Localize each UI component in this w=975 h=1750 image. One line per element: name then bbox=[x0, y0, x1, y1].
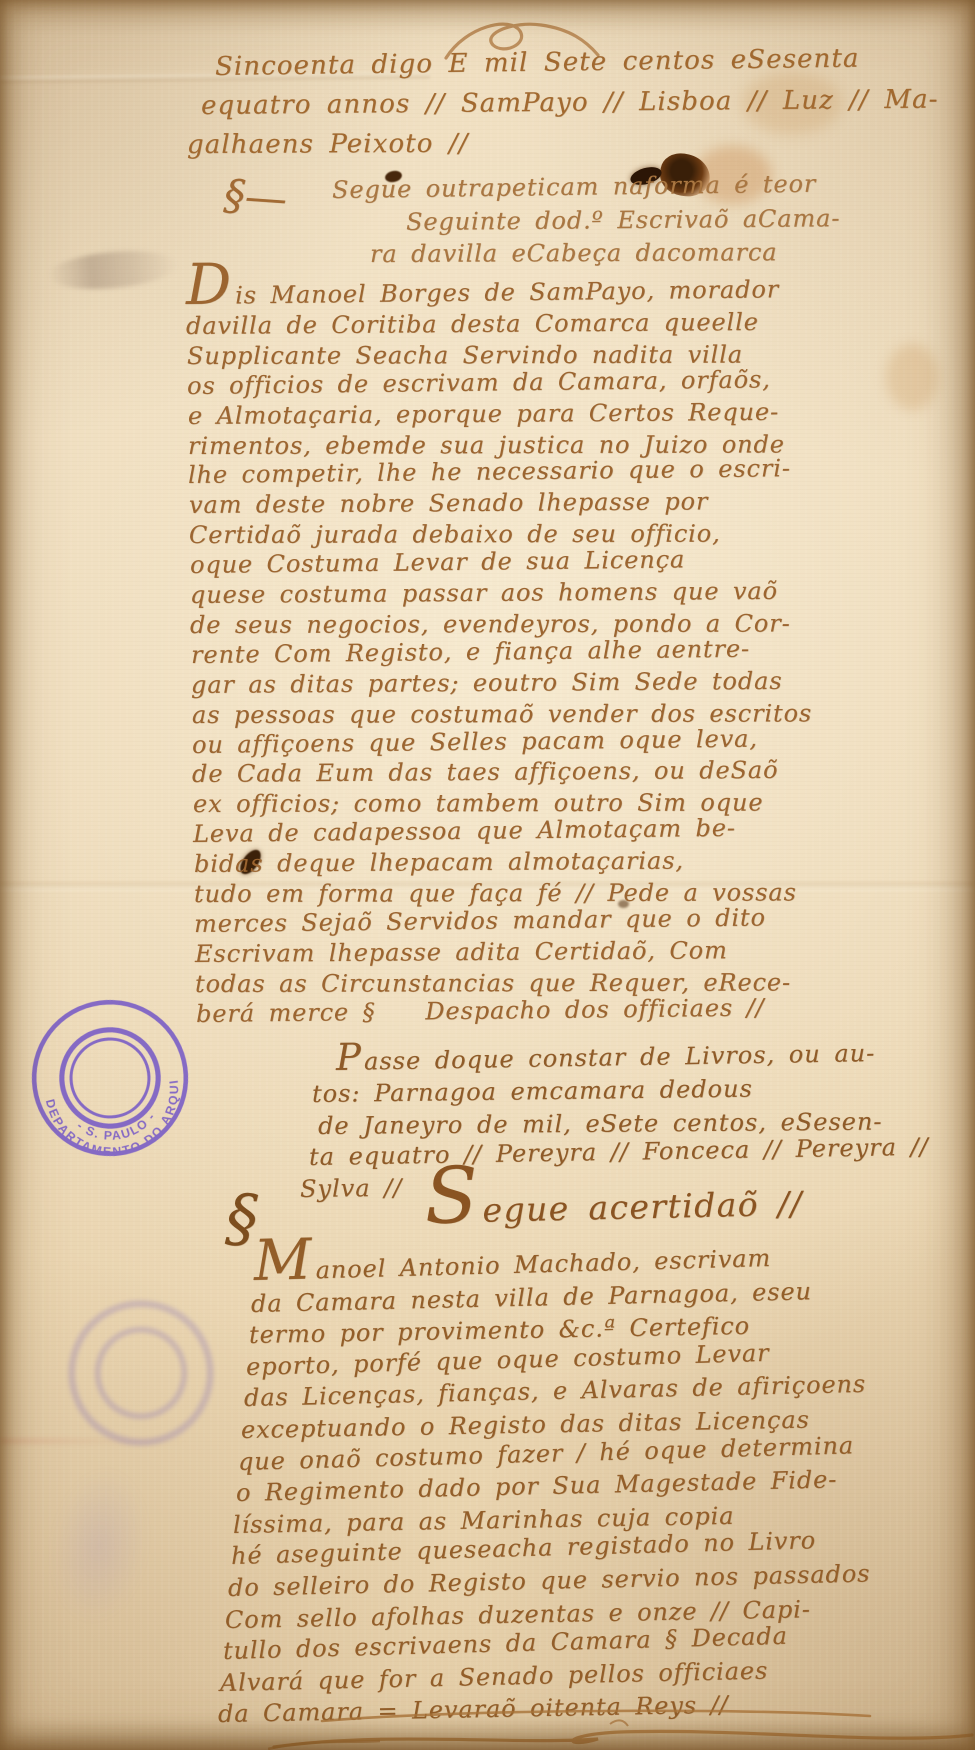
manuscript-line: oque Costuma Levar de sua Licença bbox=[189, 545, 685, 579]
manuscript-text-layer: Sincoenta digo E mil Sete centos eSesent… bbox=[0, 0, 975, 1750]
manuscript-line: Escrivam lhepasse adita Certidaõ, Com bbox=[195, 936, 728, 968]
manuscript-line: Segue acertidaõ // bbox=[425, 1184, 804, 1231]
manuscript-line: os officios de escrivam da Camara, orfaõ… bbox=[187, 365, 771, 400]
manuscript-line: Passe doque constar de Livros, ou au- bbox=[336, 1039, 876, 1076]
manuscript-line: equatro annos // SamPayo // Lisboa // Lu… bbox=[201, 85, 939, 121]
manuscript-line: da Camara = Levaraõ oitenta Reys // bbox=[217, 1691, 728, 1728]
manuscript-line: rente Com Registo, e fiança alhe aentre- bbox=[191, 634, 750, 668]
manuscript-line: quese costuma passar aos homens que vaõ bbox=[190, 577, 778, 609]
manuscript-line: merces Sejaõ Servidos mandar que o dito bbox=[194, 903, 766, 937]
manuscript-line: Supplicante Seacha Servindo nadita villa bbox=[187, 340, 743, 369]
manuscript-line: tos: Parnagoa emcamara dedous bbox=[312, 1074, 753, 1107]
manuscript-line: ra davilla eCabeça dacomarca bbox=[370, 238, 778, 268]
manuscript-line: gar as ditas partes; eoutro Sim Sede tod… bbox=[191, 667, 783, 699]
manuscript-line: Seguinte dod.º Escrivaõ aCama- bbox=[406, 204, 841, 236]
manuscript-line: e Almotaçaria, eporque para Certos Reque… bbox=[187, 397, 778, 429]
manuscript-line: davilla de Coritiba desta Comarca queell… bbox=[186, 308, 759, 340]
manuscript-line: galhaens Peixoto // bbox=[187, 129, 469, 160]
manuscript-line: de Cada Eum das taes affiçoens, ou deSaõ bbox=[192, 756, 779, 788]
manuscript-page: §— § DEPARTAMENTO DO ARQUIVO DO ESTADO -… bbox=[0, 0, 975, 1750]
manuscript-line: Segue outrapeticam naforma é teor bbox=[332, 170, 817, 204]
manuscript-line: Dis Manoel Borges de SamPayo, morador bbox=[186, 275, 779, 310]
manuscript-line: vam deste nobre Senado lhepasse por bbox=[189, 488, 708, 520]
manuscript-line: berá merce § Despacho dos officiaes // bbox=[195, 993, 764, 1027]
manuscript-line: bidas deque lhepacam almotaçarias, bbox=[193, 847, 683, 878]
manuscript-line: Sincoenta digo E mil Sete centos eSesent… bbox=[215, 44, 860, 82]
manuscript-line: lhe competir, lhe he necessario que o es… bbox=[188, 455, 791, 490]
manuscript-line: Leva de cadapessoa que Almotaçam be- bbox=[193, 814, 736, 848]
manuscript-line: Certidaõ jurada debaixo de seu officio, bbox=[189, 520, 721, 549]
manuscript-line: ou affiçoens que Selles pacam oque leva, bbox=[192, 724, 758, 758]
manuscript-line: Sylva // bbox=[300, 1174, 403, 1203]
